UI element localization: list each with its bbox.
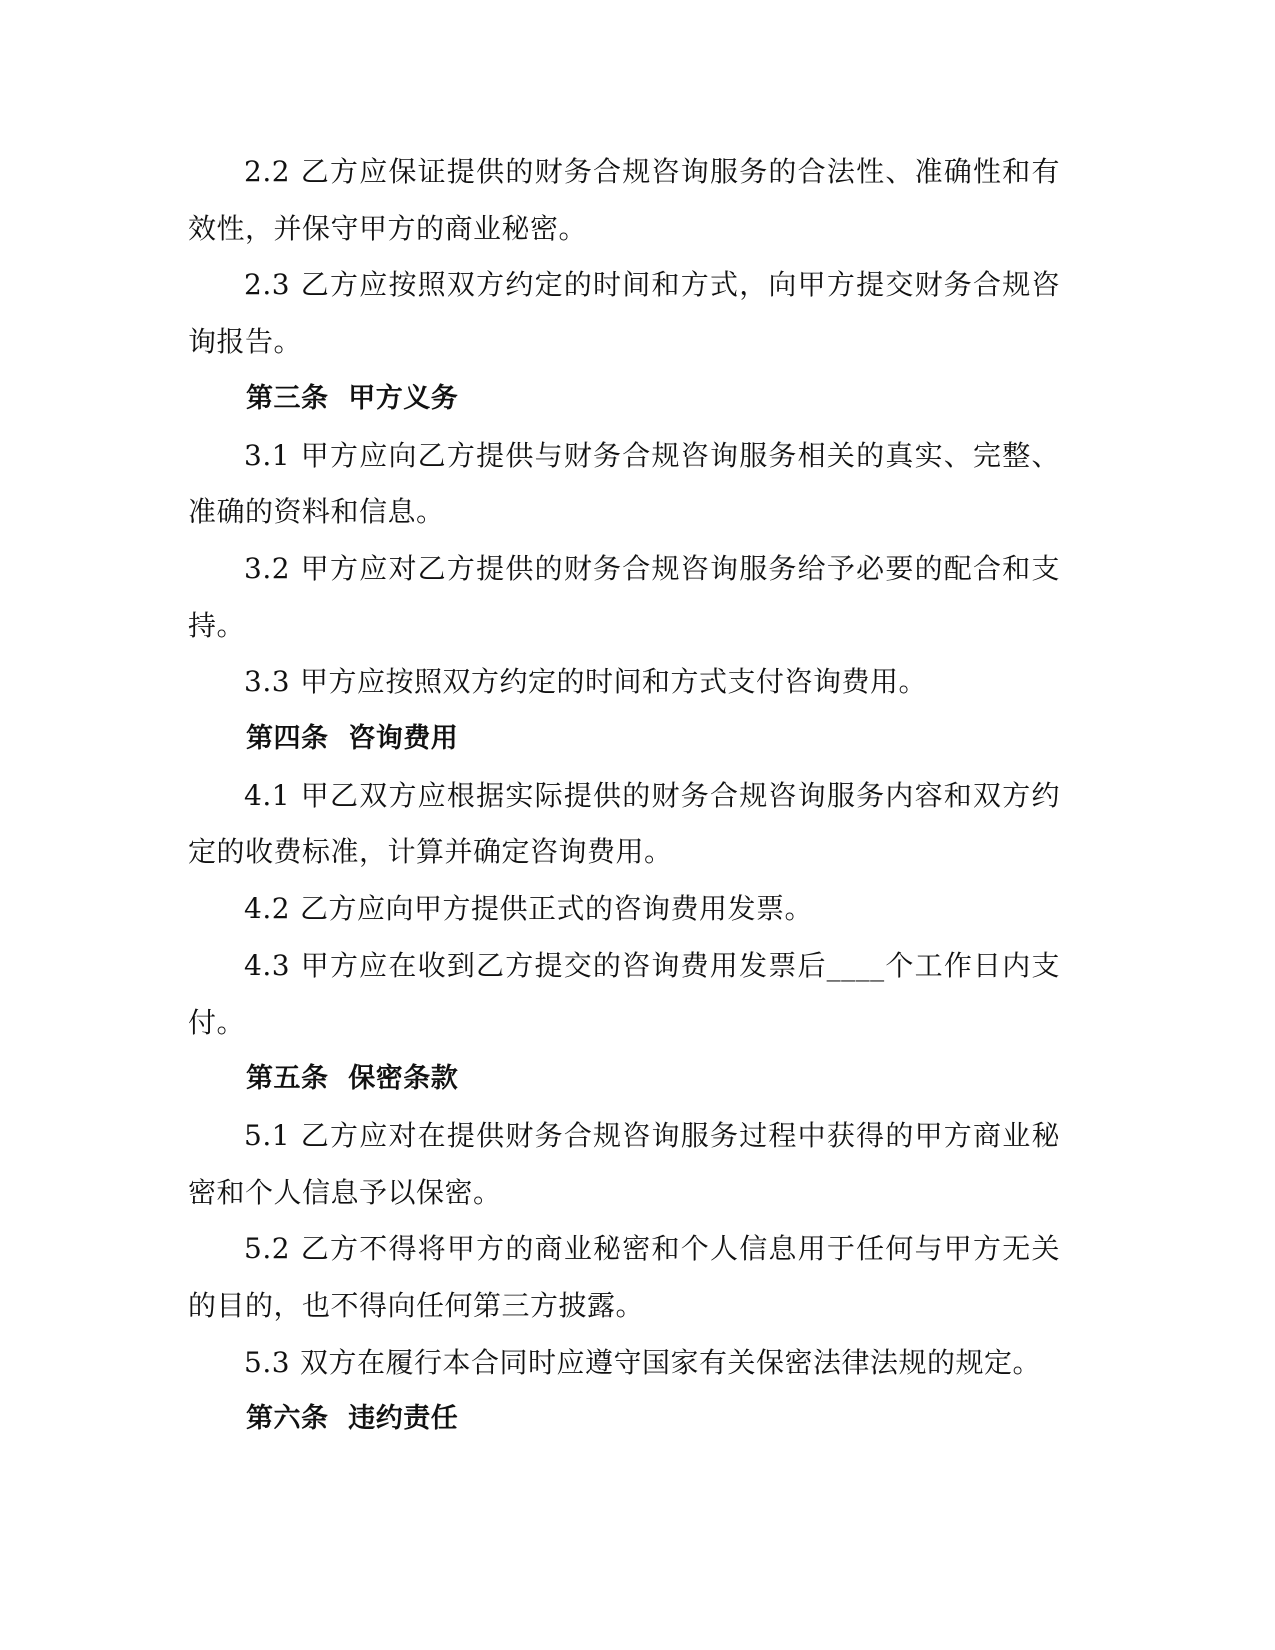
clause-number: 4.1: [244, 779, 290, 812]
article-4-heading: 第四条 咨询费用: [188, 711, 1060, 768]
clause-text: 甲方应对乙方提供的财务合规咨询服务给予必要的配合和支持。: [188, 552, 1060, 642]
clause-2-2: 2.2乙方应保证提供的财务合规咨询服务的合法性、准确性和有效性，并保守甲方的商业…: [188, 144, 1060, 257]
clause-text: 乙方不得将甲方的商业秘密和个人信息用于任何与甲方无关的目的，也不得向任何第三方披…: [188, 1232, 1060, 1322]
clause-4-1: 4.1甲乙双方应根据实际提供的财务合规咨询服务内容和双方约定的收费标准，计算并确…: [188, 768, 1060, 881]
document-page: 2.2乙方应保证提供的财务合规咨询服务的合法性、准确性和有效性，并保守甲方的商业…: [188, 144, 1060, 1448]
clause-2-3: 2.3乙方应按照双方约定的时间和方式，向甲方提交财务合规咨询报告。: [188, 257, 1060, 370]
clause-3-1: 3.1甲方应向乙方提供与财务合规咨询服务相关的真实、完整、准确的资料和信息。: [188, 428, 1060, 541]
clause-text: 甲乙双方应根据实际提供的财务合规咨询服务内容和双方约定的收费标准，计算并确定咨询…: [188, 779, 1060, 869]
clause-number: 4.2: [244, 892, 290, 925]
clause-5-3: 5.3双方在履行本合同时应遵守国家有关保密法律法规的规定。: [188, 1335, 1060, 1392]
clause-number: 4.3: [244, 949, 290, 982]
clause-number: 5.2: [244, 1232, 290, 1265]
clause-text: 乙方应对在提供财务合规咨询服务过程中获得的甲方商业秘密和个人信息予以保密。: [188, 1119, 1060, 1209]
clause-text: 甲方应按照双方约定的时间和方式支付咨询费用。: [300, 665, 927, 698]
clause-number: 5.1: [244, 1119, 290, 1152]
clause-4-2: 4.2乙方应向甲方提供正式的咨询费用发票。: [188, 881, 1060, 938]
clause-number: 3.1: [244, 439, 290, 472]
clause-text: 乙方应保证提供的财务合规咨询服务的合法性、准确性和有效性，并保守甲方的商业秘密。: [188, 155, 1060, 245]
clause-5-1: 5.1乙方应对在提供财务合规咨询服务过程中获得的甲方商业秘密和个人信息予以保密。: [188, 1108, 1060, 1221]
clause-number: 5.3: [244, 1346, 290, 1379]
clause-text: 乙方应向甲方提供正式的咨询费用发票。: [300, 892, 813, 925]
clause-number: 2.2: [244, 155, 290, 188]
clause-text-before: 甲方应在收到乙方提交的咨询费用发票后: [300, 949, 827, 982]
clause-5-2: 5.2乙方不得将甲方的商业秘密和个人信息用于任何与甲方无关的目的，也不得向任何第…: [188, 1221, 1060, 1334]
clause-text: 双方在履行本合同时应遵守国家有关保密法律法规的规定。: [300, 1346, 1041, 1379]
clause-number: 2.3: [244, 268, 290, 301]
clause-3-3: 3.3甲方应按照双方约定的时间和方式支付咨询费用。: [188, 654, 1060, 711]
clause-number: 3.2: [244, 552, 290, 585]
article-6-heading: 第六条 违约责任: [188, 1391, 1060, 1448]
article-5-heading: 第五条 保密条款: [188, 1051, 1060, 1108]
clause-text: 甲方应向乙方提供与财务合规咨询服务相关的真实、完整、准确的资料和信息。: [188, 439, 1060, 529]
clause-4-3: 4.3甲方应在收到乙方提交的咨询费用发票后____个工作日内支付。: [188, 938, 1060, 1051]
clause-text: 乙方应按照双方约定的时间和方式，向甲方提交财务合规咨询报告。: [188, 268, 1060, 358]
clause-3-2: 3.2甲方应对乙方提供的财务合规咨询服务给予必要的配合和支持。: [188, 541, 1060, 654]
article-3-heading: 第三条 甲方义务: [188, 371, 1060, 428]
clause-number: 3.3: [244, 665, 290, 698]
fill-in-blank: ____: [827, 949, 885, 982]
